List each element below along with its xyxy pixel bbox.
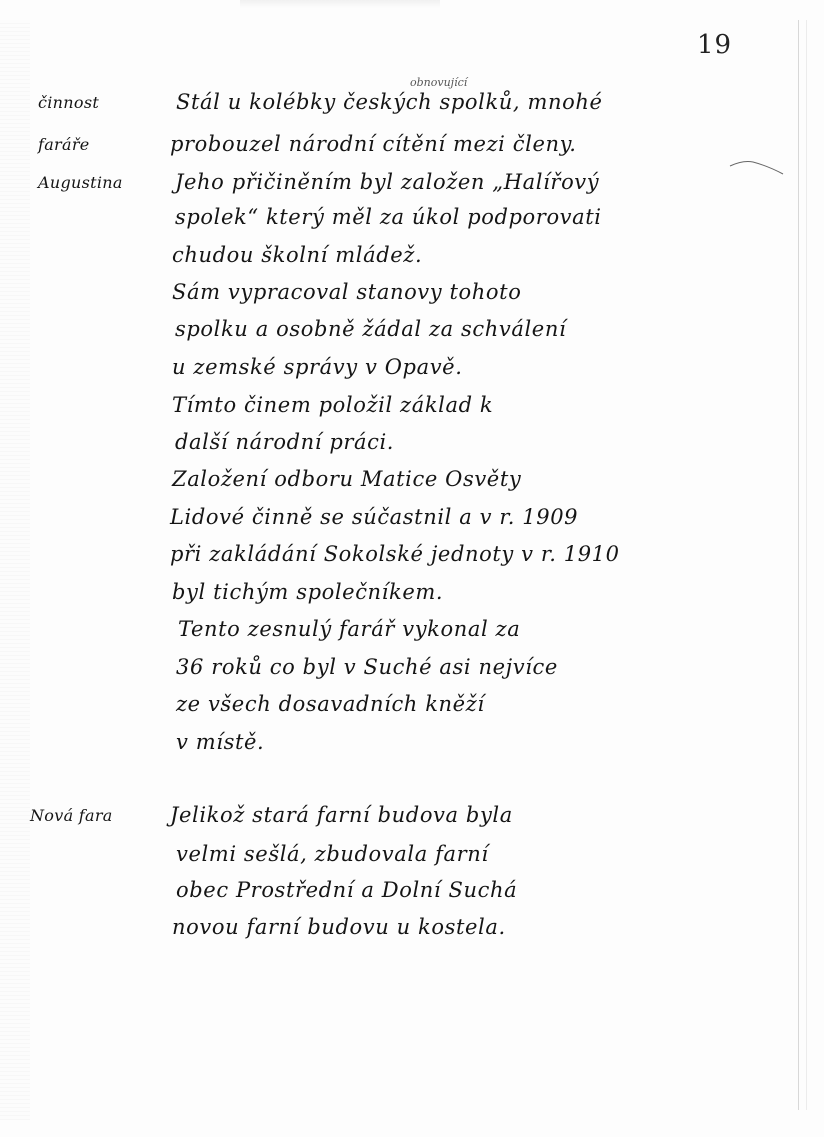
scan-artifact-top bbox=[240, 0, 440, 8]
scanned-chronicle-page: 19 obnovující činnostfarářeAugustinaNová… bbox=[0, 0, 824, 1137]
page-number: 19 bbox=[697, 30, 732, 60]
handwritten-line: Stál u kolébky českých spolků, mnohé bbox=[176, 90, 603, 114]
ink-stroke-mark bbox=[728, 158, 788, 178]
handwritten-line: novou farní budovu u kostela. bbox=[172, 915, 506, 939]
handwritten-line: Jeho přičiněním byl založen „Halířový bbox=[175, 170, 599, 194]
scan-artifact-left bbox=[0, 20, 30, 1120]
handwritten-line: spolku a osobně žádal za schválení bbox=[175, 317, 566, 341]
handwritten-line: chudou školní mládež. bbox=[172, 243, 422, 267]
handwritten-line: Založení odboru Matice Osvěty bbox=[172, 467, 521, 491]
handwritten-line: ze všech dosavadních kněží bbox=[176, 692, 485, 716]
page-edge-line bbox=[798, 20, 799, 1110]
handwritten-line: byl tichým společníkem. bbox=[172, 580, 443, 604]
handwritten-line: Sám vypracoval stanovy tohoto bbox=[172, 280, 521, 304]
handwritten-line: při zakládání Sokolské jednoty v r. 1910 bbox=[170, 542, 620, 566]
margin-note: činnost bbox=[38, 93, 99, 112]
handwritten-line: Tento zesnulý farář vykonal za bbox=[178, 617, 520, 641]
margin-note: Nová fara bbox=[30, 806, 113, 825]
page-edge-line bbox=[806, 20, 807, 1110]
handwritten-line: obec Prostřední a Dolní Suchá bbox=[176, 878, 517, 902]
handwritten-line: Lidové činně se súčastnil a v r. 1909 bbox=[170, 505, 578, 529]
handwritten-line: v místě. bbox=[176, 730, 264, 754]
margin-note: Augustina bbox=[38, 173, 123, 192]
handwritten-line: velmi sešlá, zbudovala farní bbox=[176, 842, 489, 866]
handwritten-line: Tímto činem položil základ k bbox=[172, 393, 493, 417]
margin-note: faráře bbox=[38, 135, 90, 154]
handwritten-line: u zemské správy v Opavě. bbox=[172, 355, 462, 379]
handwritten-line: další národní práci. bbox=[175, 430, 394, 454]
handwritten-line: Jelikož stará farní budova byla bbox=[170, 803, 513, 827]
handwritten-line: 36 roků co byl v Suché asi nejvíce bbox=[176, 655, 558, 679]
interlinear-insertion: obnovující bbox=[410, 76, 467, 89]
handwritten-line: probouzel národní cítění mezi členy. bbox=[170, 132, 577, 156]
handwritten-line: spolek“ který měl za úkol podporovati bbox=[175, 205, 602, 229]
